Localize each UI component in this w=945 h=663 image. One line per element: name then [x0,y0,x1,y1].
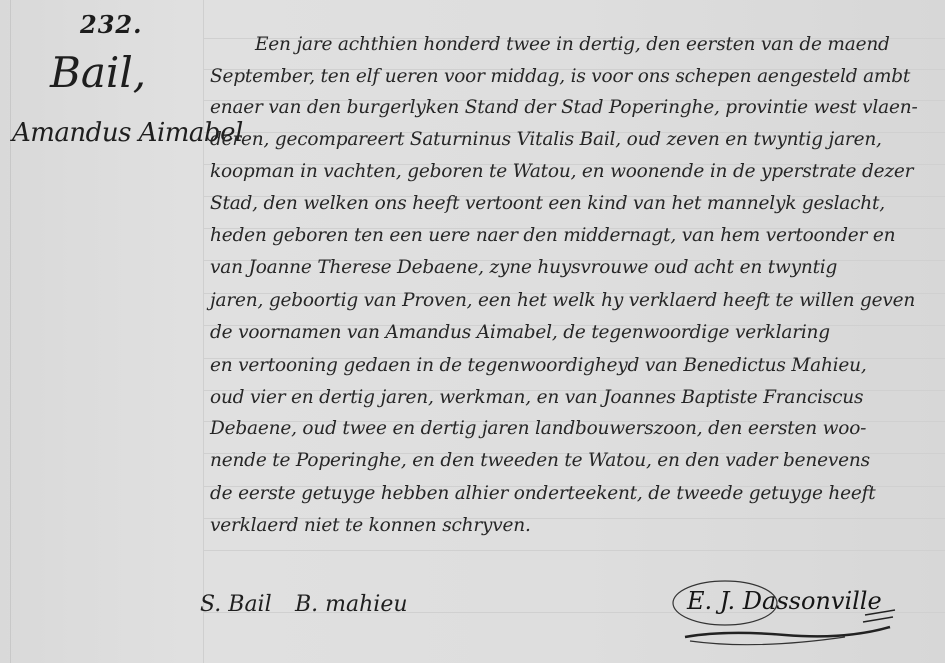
body-line: Een jare achthien honderd twee in dertig… [255,34,890,55]
body-line: van Joanne Therese Debaene, zyne huysvro… [210,257,837,278]
record-number: 232. [80,10,142,39]
margin-given-names: Amandus Aimabel [12,118,243,148]
signature-father: S. Bail [200,592,272,617]
body-line: Debaene, oud twee en dertig jaren landbo… [210,418,866,439]
officer-name: E. J. Dassonville [687,587,882,615]
body-line: nende te Poperinghe, en den tweeden te W… [210,450,870,471]
margin-surname: Bail, [50,48,146,97]
body-line: Stad, den welken ons heeft vertoont een … [210,193,885,214]
body-line: de eerste getuyge hebben alhier ondertee… [210,483,876,504]
document-page: 232. Bail, Amandus Aimabel Een jare acht… [0,0,945,663]
body-line: verklaerd niet te konnen schryven. [210,515,531,536]
ruled-line [204,550,945,551]
signature-witness: B. mahieu [295,592,408,617]
body-line: enaer van den burgerlyken Stand der Stad… [210,97,918,118]
body-line: September, ten elf ueren voor middag, is… [210,66,910,87]
body-line: heden geboren ten een uere naer den midd… [210,225,895,246]
page-edge [10,0,11,663]
body-line: de voornamen van Amandus Aimabel, de teg… [210,322,830,343]
body-line: en vertooning gedaen in de tegenwoordigh… [210,355,867,376]
signature-officer: E. J. Dassonville [665,575,905,650]
body-line: oud vier en dertig jaren, werkman, en va… [210,387,863,408]
body-line: jaren, geboortig van Proven, een het wel… [210,290,915,311]
body-line: koopman in vachten, geboren te Watou, en… [210,161,913,182]
body-line: deren, gecompareert Saturninus Vitalis B… [210,129,882,150]
